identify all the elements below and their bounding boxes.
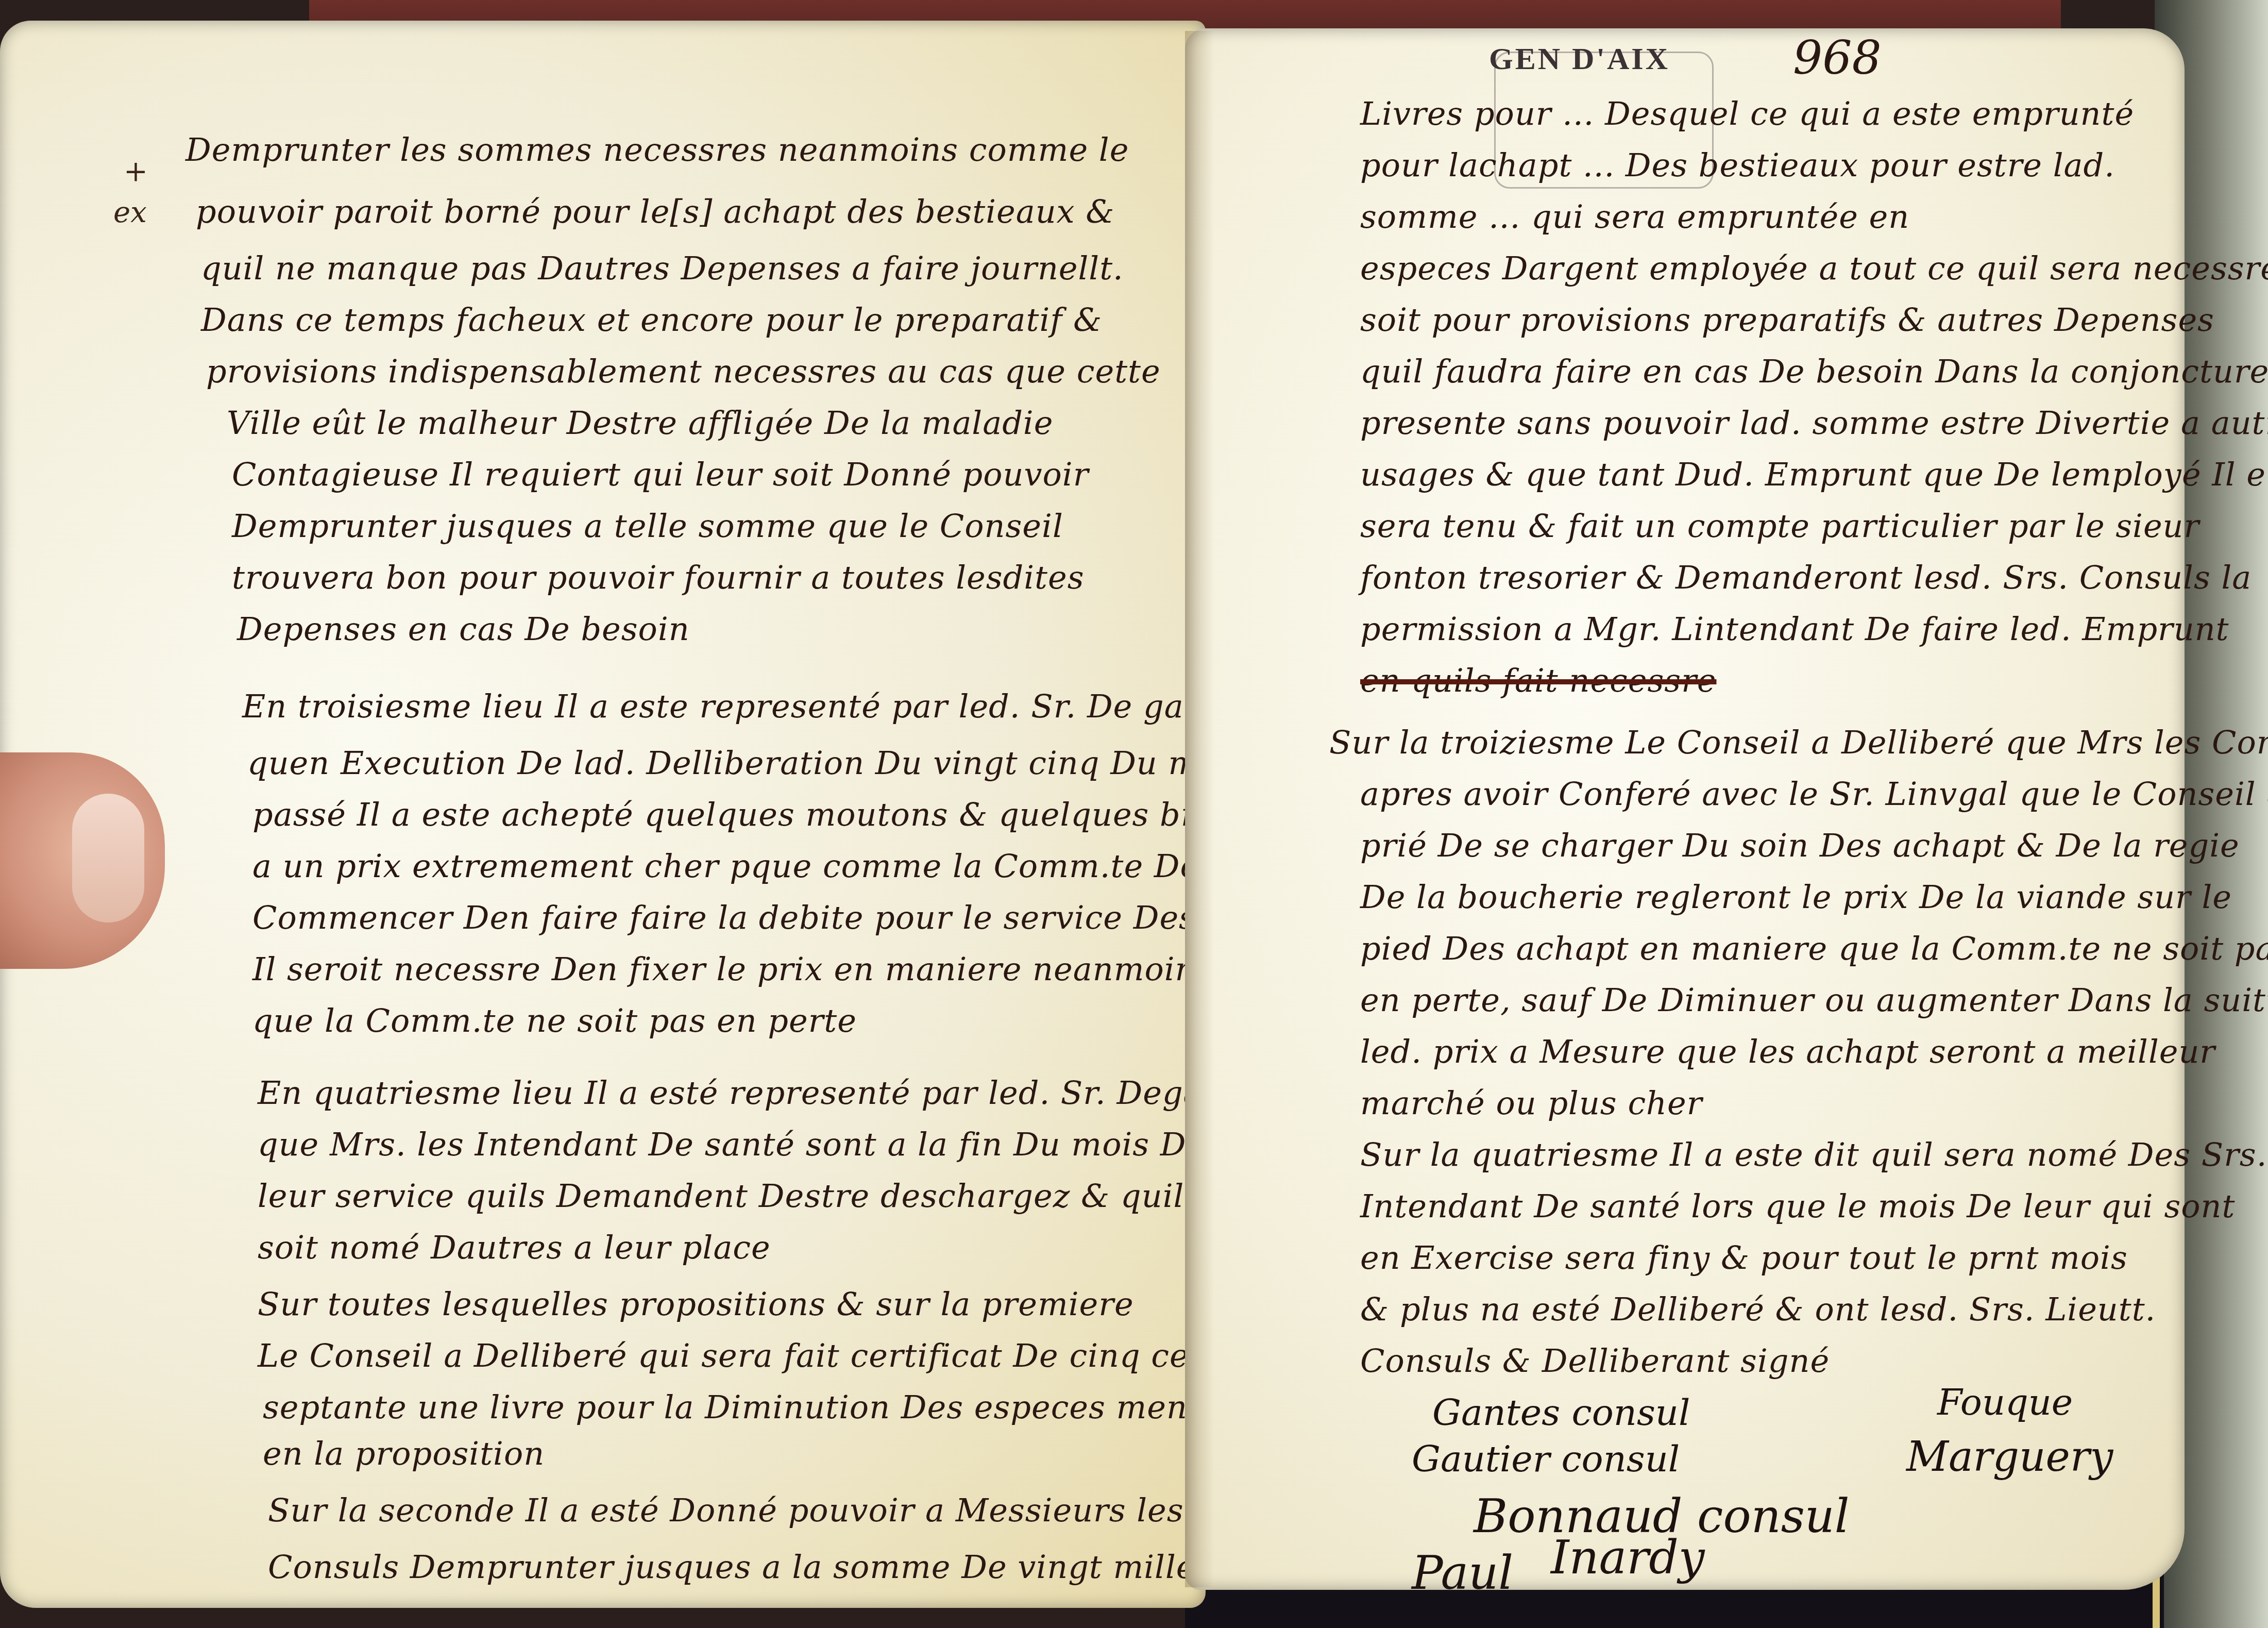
thumbnail-nail	[72, 794, 144, 922]
right-line: somme ... qui sera empruntée en	[1360, 201, 1909, 233]
right-line: Sur la troiziesme Le Conseil a Delliberé…	[1329, 727, 2268, 759]
right-line: Sur la quatriesme Il a este dit quil ser…	[1360, 1139, 2267, 1171]
signature: Gautier consul	[1412, 1438, 1680, 1480]
left-line: Depenses en cas De besoin	[237, 613, 690, 645]
archive-stamp-text: GEN D'AIX	[1489, 41, 1670, 77]
signature: Marguery	[1906, 1433, 2113, 1481]
left-line: leur service quils Demandent Destre desc…	[258, 1180, 1235, 1212]
left-line: Demprunter jusques a telle somme que le …	[232, 510, 1063, 542]
left-line: En troisiesme lieu Il a este representé …	[242, 691, 1255, 723]
left-line: Demprunter les sommes necessres neanmoin…	[185, 134, 1129, 166]
right-line: fonton tresorier & Demanderont lesd. Srs…	[1360, 562, 2252, 594]
left-line: En quatriesme lieu Il a esté representé …	[258, 1077, 1274, 1109]
right-line: quil faudra faire en cas De besoin Dans …	[1360, 356, 2268, 388]
left-line: soit nomé Dautres a leur place	[258, 1232, 771, 1264]
book-gutter	[1185, 31, 1221, 1587]
left-line: Contagieuse Il requiert qui leur soit Do…	[232, 459, 1089, 491]
left-line: Ville eût le malheur Destre affligée De …	[227, 407, 1053, 439]
signature: Paul	[1412, 1546, 1513, 1600]
folio-number: 968	[1793, 31, 1882, 85]
right-line: Livres pour ... Desquel ce qui a este em…	[1360, 98, 2134, 130]
left-line: quil ne manque pas Dautres Depenses a fa…	[201, 253, 1124, 284]
left-line: que la Comm.te ne soit pas en perte	[252, 1005, 857, 1037]
right-line: soit pour provisions preparatifs & autre…	[1360, 304, 2214, 336]
margin-cross-mark: +	[124, 155, 148, 188]
left-line: en la proposition	[263, 1438, 545, 1470]
left-line: septante une livre pour la Diminution De…	[263, 1391, 1310, 1423]
right-line: prié De se charger Du soin Des achapt & …	[1360, 830, 2240, 862]
left-line: que Mrs. les Intendant De santé sont a l…	[258, 1129, 1206, 1161]
right-line: apres avoir Conferé avec le Sr. Linvgal …	[1360, 778, 2268, 810]
right-line: & plus na esté Delliberé & ont lesd. Srs…	[1360, 1294, 2156, 1325]
right-line: especes Dargent employée a tout ce quil …	[1360, 253, 2268, 284]
left-line: Le Conseil a Delliberé qui sera fait cer…	[258, 1340, 1227, 1372]
right-line: Intendant De santé lors que le mois De l…	[1360, 1190, 2235, 1222]
right-line: presente sans pouvoir lad. somme estre D…	[1360, 407, 2268, 439]
left-line: a un prix extremement cher pque comme la…	[252, 850, 1224, 882]
left-line: Sur toutes lesquelles propositions & sur…	[258, 1288, 1134, 1320]
right-line: De la boucherie regleront le prix De la …	[1360, 881, 2232, 913]
right-line: Consuls & Delliberant signé	[1360, 1345, 1830, 1377]
left-line: quen Execution De lad. Delliberation Du …	[247, 747, 1246, 779]
left-line: Consuls Demprunter jusques a la somme De…	[268, 1551, 1195, 1583]
right-line: permission a Mgr. Lintendant De faire le…	[1360, 613, 2229, 645]
left-line: pouvoir paroit borné pour le[s] achapt d…	[196, 196, 1114, 228]
signature: Inardy	[1551, 1531, 1705, 1585]
signature: Gantes consul	[1432, 1391, 1690, 1434]
right-line: en Exercise sera finy & pour tout le prn…	[1360, 1242, 2128, 1274]
right-line: en perte, sauf De Diminuer ou augmenter …	[1360, 984, 2268, 1016]
right-line: sera tenu & fait un compte particulier p…	[1360, 510, 2199, 542]
right-line: marché ou plus cher	[1360, 1087, 1702, 1119]
left-line: provisions indispensablement necessres a…	[206, 356, 1161, 388]
left-line: Il seroit necessre Den fixer le prix en …	[252, 953, 1213, 985]
right-line: led. prix a Mesure que les achapt seront…	[1360, 1036, 2215, 1068]
signature: Fouque	[1937, 1381, 2073, 1423]
left-line: passé Il a este achepté quelques moutons…	[252, 799, 1264, 831]
right-line-struck: en quils fait necessre	[1360, 665, 1717, 697]
right-line: pied Des achapt en maniere que la Comm.t…	[1360, 933, 2268, 965]
right-line: usages & que tant Dud. Emprunt que De le…	[1360, 459, 2268, 491]
right-line: pour lachapt ... Des bestieaux pour estr…	[1360, 149, 2115, 181]
margin-note-ex: ex	[113, 196, 147, 229]
left-line: Dans ce temps facheux et encore pour le …	[201, 304, 1102, 336]
left-line: trouvera bon pour pouvoir fournir a tout…	[232, 562, 1084, 594]
left-line: Sur la seconde Il a esté Donné pouvoir a…	[268, 1495, 1184, 1526]
